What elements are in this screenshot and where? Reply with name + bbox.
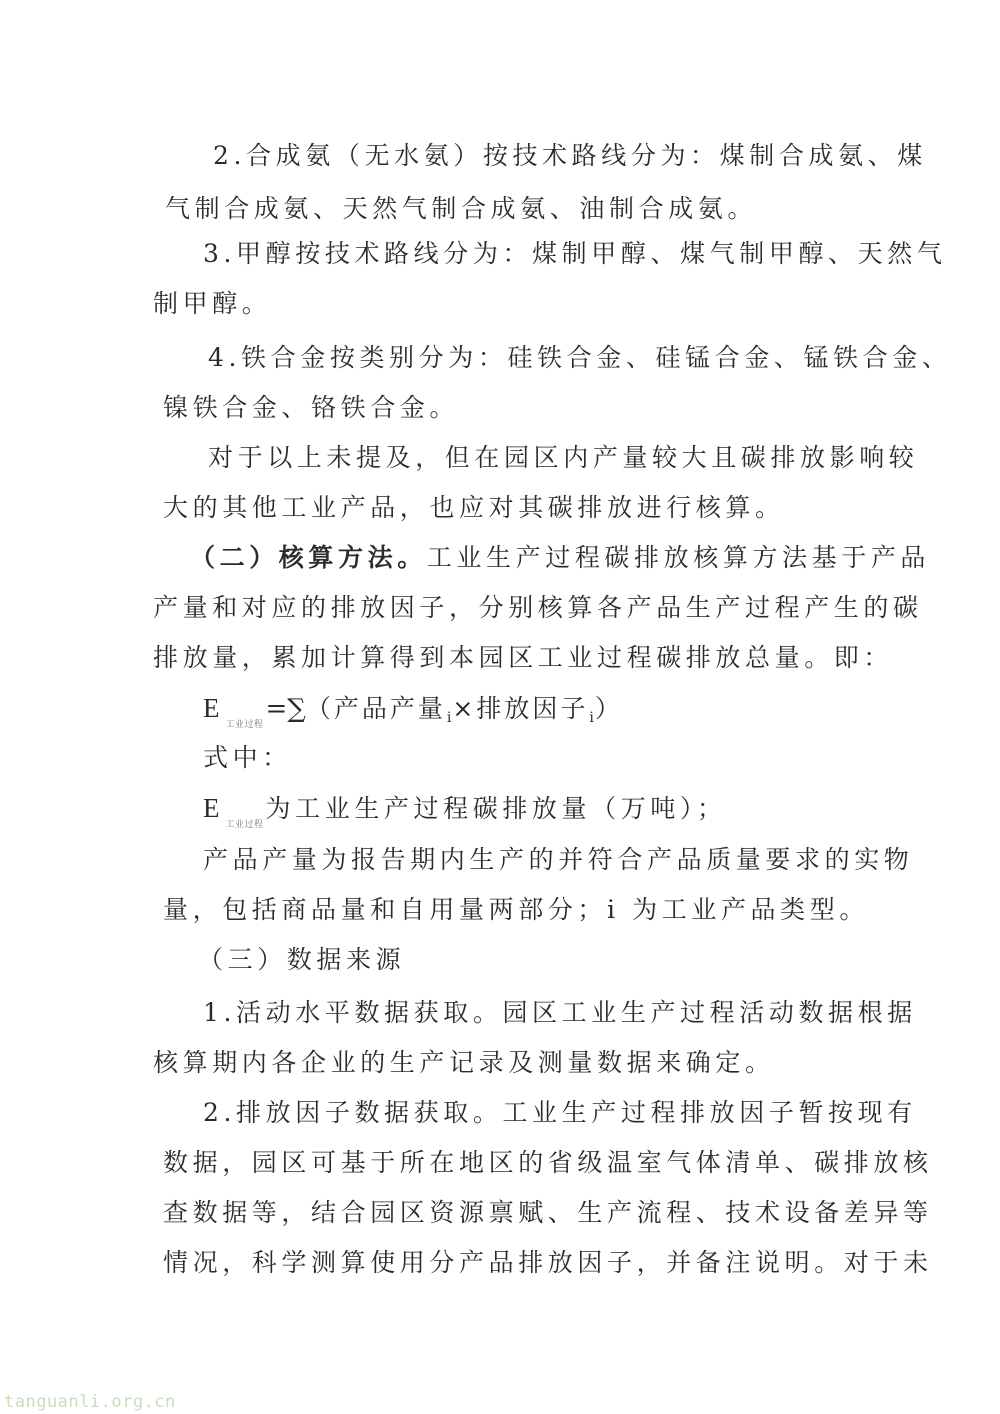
paragraph-line: 查数据等，结合园区资源禀赋、生产流程、技术设备差异等 [163,1197,933,1229]
formula-sum: =∑ [266,694,306,724]
formula: E工业过程=∑（产品产量i×排放因子i） [203,692,623,741]
paragraph-line: 排放量，累加计算得到本园区工业过程碳排放总量。即： [153,642,893,674]
formula-index: i [589,710,593,726]
paragraph-line: 对于以上未提及，但在园区内产量较大且碳排放影响较 [208,442,918,474]
formula-term: ×排放因子 [452,694,588,723]
formula-symbol-E: E [203,793,220,823]
formula-symbol-E: E [203,693,220,723]
formula-subscript: 工业过程 [226,820,264,830]
paragraph-line: 2.排放因子数据获取。工业生产过程排放因子暂按现有 [203,1097,917,1129]
formula-term: （产品产量 [306,694,446,723]
paragraph-line: 产量和对应的排放因子，分别核算各产品生产过程产生的碳 [153,592,923,624]
formula-index: i [447,710,451,726]
section-heading: （二）核算方法。 [190,543,427,572]
paragraph-text: 工业生产过程碳排放核算方法基于产品 [427,543,930,572]
paragraph-line: 2.合成氨（无水氨）按技术路线分为：煤制合成氨、煤 [213,140,927,172]
paragraph-line: 产品产量为报告期内生产的并符合产品质量要求的实物 [203,844,913,876]
paragraph-text: 为工业生产过程碳排放量（万吨）； [266,794,727,823]
definition-line: E工业过程为工业生产过程碳排放量（万吨）； [203,792,727,841]
paragraph-line: 量，包括商品量和自用量两部分；i 为工业产品类型。 [163,894,869,926]
paragraph-line: 气制合成氨、天然气制合成氨、油制合成氨。 [165,193,757,225]
paragraph-line: 大的其他工业产品，也应对其碳排放进行核算。 [163,492,785,524]
formula-term: ） [595,694,623,723]
paragraph-line: 制甲醇。 [153,288,271,320]
paragraph-line: 4.铁合金按类别分为：硅铁合金、硅锰合金、锰铁合金、 [208,342,951,374]
section-heading: （三）数据来源 [198,944,405,976]
watermark: tanguanli.org.cn [4,1392,176,1412]
document-page: 2.合成氨（无水氨）按技术路线分为：煤制合成氨、煤 气制合成氨、天然气制合成氨、… [0,0,1000,1414]
section-heading-line: （二）核算方法。工业生产过程碳排放核算方法基于产品 [190,542,930,574]
paragraph-line: 核算期内各企业的生产记录及测量数据来确定。 [153,1047,775,1079]
paragraph-line: 情况，科学测算使用分产品排放因子，并备注说明。对于未 [163,1247,933,1279]
paragraph-line: 1.活动水平数据获取。园区工业生产过程活动数据根据 [203,997,917,1029]
paragraph-line: 镍铁合金、铬铁合金。 [163,392,459,424]
paragraph-line: 数据，园区可基于所在地区的省级温室气体清单、碳排放核 [163,1147,933,1179]
paragraph-line: 式中： [203,742,292,774]
paragraph-line: 3.甲醇按技术路线分为：煤制甲醇、煤气制甲醇、天然气 [203,238,946,270]
formula-subscript: 工业过程 [226,720,264,730]
